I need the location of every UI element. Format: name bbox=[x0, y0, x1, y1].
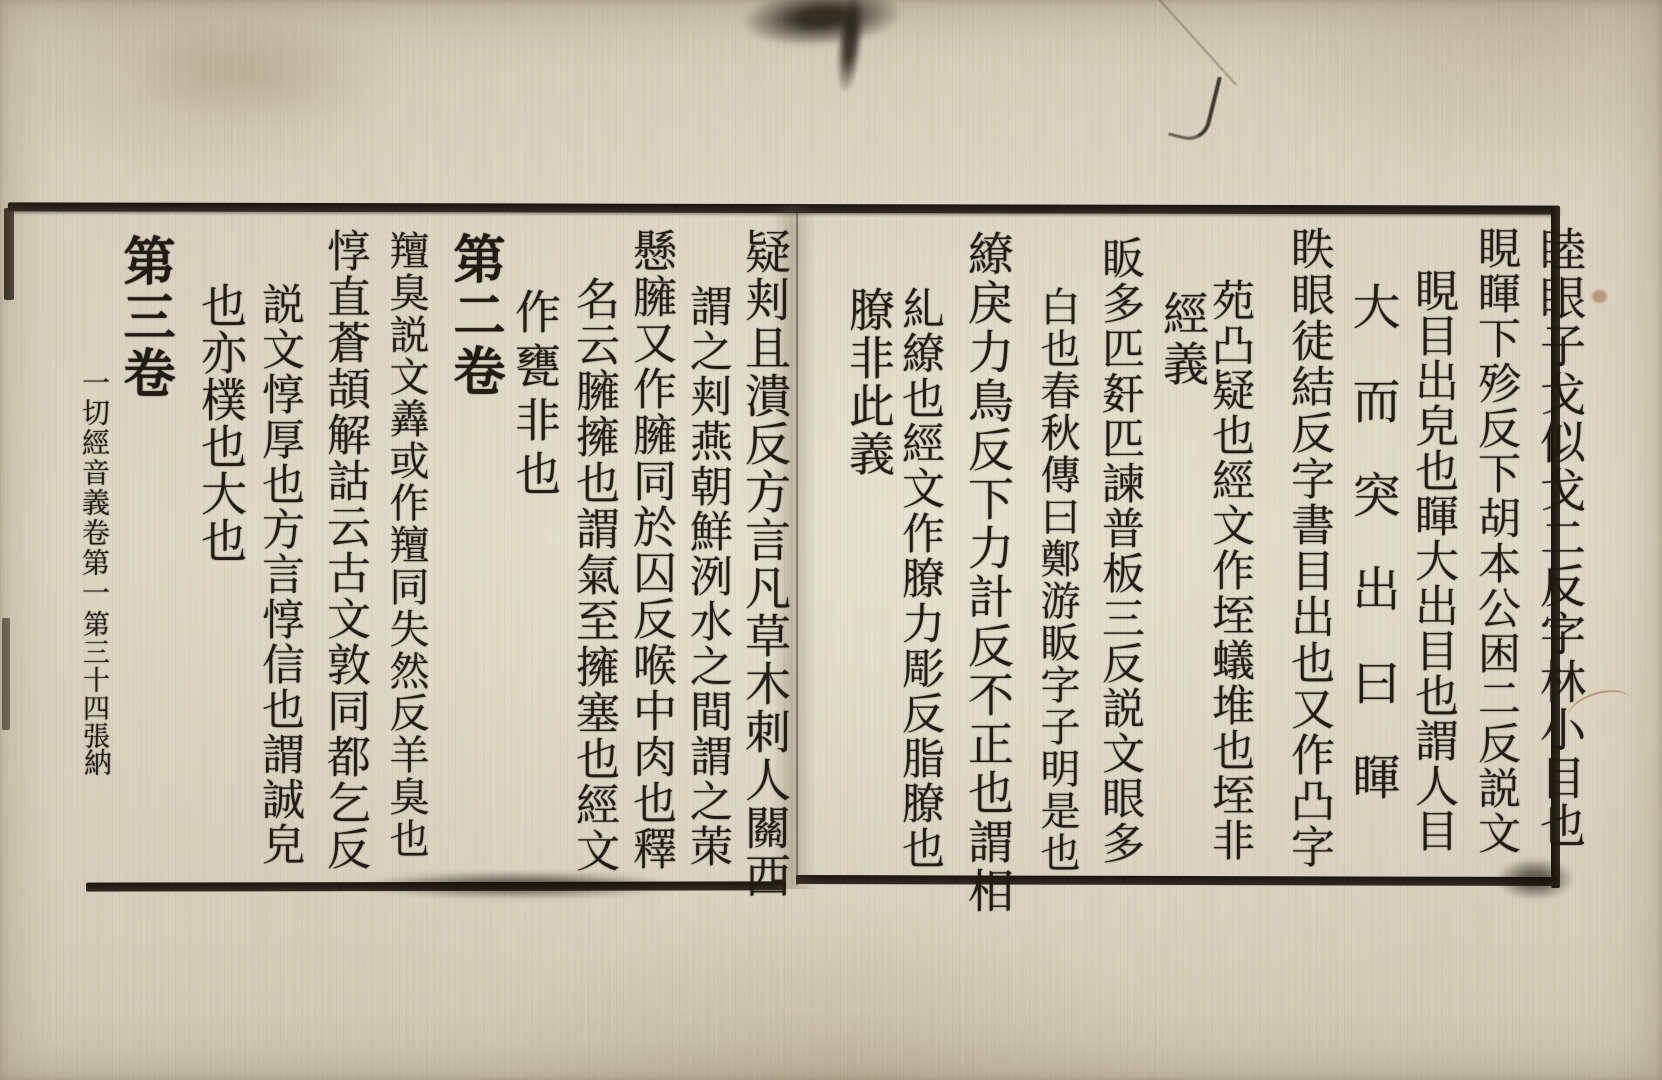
frame-rule-left-remnant-2 bbox=[2, 618, 10, 730]
entry-column-l5: 作甕非也 bbox=[512, 288, 558, 504]
footer-carver-name: 納 bbox=[82, 748, 110, 776]
entry-column-r10: 繚戾力鳥反下力計反不正也謂相 bbox=[965, 230, 1011, 916]
entry-column-r3: 睍目出皃也睴大出目也謂人目 bbox=[1410, 268, 1454, 853]
entry-column-l1: 疑刾且潰反方言凡草木刺人關西 bbox=[742, 228, 788, 900]
section-header-scroll-3: 第三卷 bbox=[118, 234, 170, 402]
entry-column-l8: 説文惇厚也方言惇信也謂誠皃 bbox=[258, 282, 301, 867]
entry-column-l4: 名云臃擁也謂氣至擁塞也經文 bbox=[571, 276, 615, 874]
footer-sheet-number: 第三十四張 bbox=[80, 610, 107, 750]
ink-streak-top bbox=[833, 0, 867, 93]
rust-spot bbox=[1592, 290, 1607, 303]
paper-discoloration-top-left bbox=[120, 20, 380, 130]
entry-column-r5: 眣眼徒結反字書目出也又作凸字 bbox=[1286, 226, 1330, 870]
entry-column-r1: 睦眼子戈似戈二反字林小目也 bbox=[1537, 226, 1583, 850]
entry-column-r11: 糺繚也經文作膫力彫反脂膫也 bbox=[898, 286, 941, 871]
crease-line-top-right bbox=[1149, 0, 1237, 86]
frame-rule-bottom-right bbox=[796, 875, 1558, 886]
ink-smudge-top-center bbox=[740, 0, 904, 52]
center-fold-crease bbox=[796, 207, 798, 885]
entry-column-l6: 羶臭説文羴或作羶同失然反羊臭也 bbox=[386, 230, 426, 860]
footer-work-title: 一切經音義卷第一 bbox=[80, 368, 108, 608]
entry-column-l2: 謂之刾燕朝鮮洌水之間謂之茦 bbox=[686, 284, 729, 869]
entry-column-r12: 膫非此義 bbox=[846, 286, 892, 478]
entry-column-r8: 眅多匹姧匹諫普板三反説文眼多 bbox=[1098, 236, 1141, 866]
entry-column-l9: 也亦樸也大也 bbox=[198, 282, 244, 564]
entry-column-r4: 大而突出曰睴 bbox=[1348, 282, 1396, 846]
scanned-book-page: 睦眼子戈似戈二反字林小目也 睍睴下殄反下胡本公困二反説文 睍目出皃也睴大出目也謂… bbox=[0, 0, 1662, 1080]
frame-rule-bottom-left bbox=[86, 881, 786, 891]
crease-mark-hook bbox=[1168, 68, 1222, 144]
entry-column-r2: 睍睴下殄反下胡本公困二反説文 bbox=[1474, 226, 1517, 856]
entry-column-r7: 經義 bbox=[1160, 290, 1206, 390]
entry-column-r9: 白也春秋傳曰鄭游眅字子明是也 bbox=[1037, 286, 1077, 874]
section-header-scroll-2: 第二卷 bbox=[448, 232, 500, 400]
frame-rule-top bbox=[8, 202, 1560, 214]
entry-column-r6: 苑凸疑也經文作垤蟻堆也垤非 bbox=[1208, 278, 1251, 863]
entry-column-l7: 惇直蒼頡解詁云古文敦同都乞反 bbox=[322, 228, 366, 872]
entry-column-l3: 懸臃又作臃同於囚反喉中肉也釋 bbox=[628, 228, 672, 872]
frame-rule-left-remnant bbox=[4, 208, 14, 300]
